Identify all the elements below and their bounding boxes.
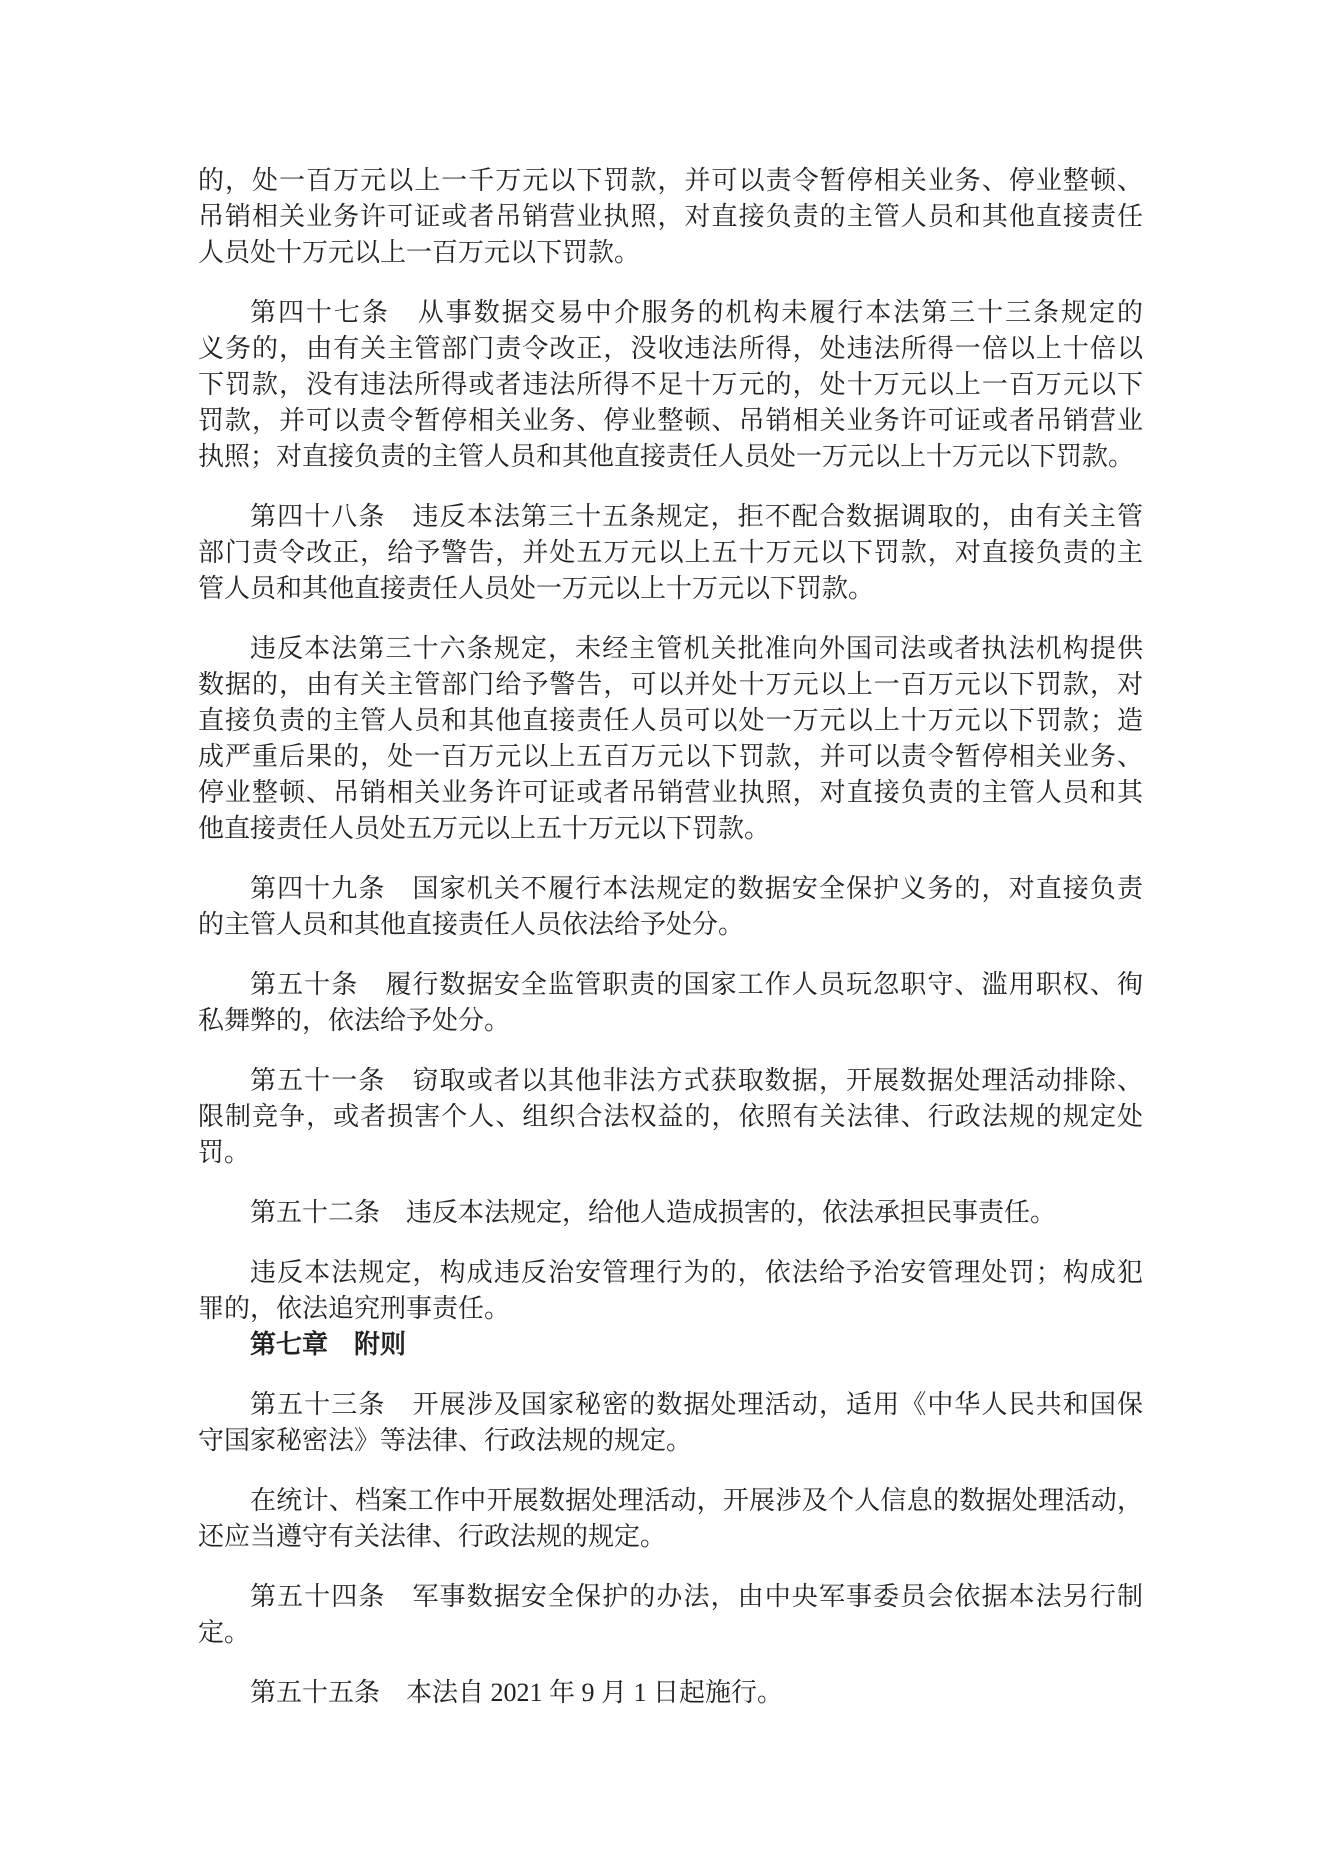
text-line: 违反本法第三十六条规定，未经主管机关批准向外国司法或者执法机构提供 [198, 631, 1143, 667]
text-line: 还应当遵守有关法律、行政法规的规定。 [198, 1519, 1143, 1555]
text-line: 下罚款，没有违法所得或者违法所得不足十万元的，处十万元以上一百万元以下 [198, 367, 1143, 403]
paragraph: 第五十四条 军事数据安全保护的办法，由中央军事委员会依据本法另行制定。 [198, 1579, 1143, 1651]
text-line: 第四十七条 从事数据交易中介服务的机构未履行本法第三十三条规定的 [198, 295, 1143, 331]
text-line: 第五十三条 开展涉及国家秘密的数据处理活动，适用《中华人民共和国保 [198, 1387, 1143, 1423]
text-line: 第七章 附则 [198, 1327, 1143, 1363]
text-line: 第五十二条 违反本法规定，给他人造成损害的，依法承担民事责任。 [198, 1195, 1143, 1231]
text-line: 停业整顿、吊销相关业务许可证或者吊销营业执照，对直接负责的主管人员和其 [198, 775, 1143, 811]
text-line: 数据的，由有关主管部门给予警告，可以并处十万元以上一百万元以下罚款，对 [198, 667, 1143, 703]
text-line: 直接负责的主管人员和其他直接责任人员可以处一万元以上十万元以下罚款；造 [198, 703, 1143, 739]
text-line: 第五十一条 窃取或者以其他非法方式获取数据，开展数据处理活动排除、 [198, 1063, 1143, 1099]
text-line: 第五十条 履行数据安全监管职责的国家工作人员玩忽职守、滥用职权、徇 [198, 967, 1143, 1003]
paragraph: 第五十条 履行数据安全监管职责的国家工作人员玩忽职守、滥用职权、徇私舞弊的，依法… [198, 967, 1143, 1039]
text-line: 第四十九条 国家机关不履行本法规定的数据安全保护义务的，对直接负责 [198, 871, 1143, 907]
text-line: 第五十四条 军事数据安全保护的办法，由中央军事委员会依据本法另行制 [198, 1579, 1143, 1615]
text-line: 部门责令改正，给予警告，并处五万元以上五十万元以下罚款，对直接负责的主 [198, 535, 1143, 571]
document-text-content: 的，处一百万元以上一千万元以下罚款，并可以责令暂停相关业务、停业整顿、吊销相关业… [198, 163, 1143, 1735]
text-line: 守国家秘密法》等法律、行政法规的规定。 [198, 1423, 1143, 1459]
text-line: 的主管人员和其他直接责任人员依法给予处分。 [198, 907, 1143, 943]
paragraph: 第四十八条 违反本法第三十五条规定，拒不配合数据调取的，由有关主管部门责令改正，… [198, 499, 1143, 607]
paragraph: 第五十一条 窃取或者以其他非法方式获取数据，开展数据处理活动排除、限制竞争，或者… [198, 1063, 1143, 1171]
paragraph: 第四十九条 国家机关不履行本法规定的数据安全保护义务的，对直接负责的主管人员和其… [198, 871, 1143, 943]
paragraph: 违反本法规定，构成违反治安管理行为的，依法给予治安管理处罚；构成犯罪的，依法追究… [198, 1255, 1143, 1327]
paragraph: 第五十三条 开展涉及国家秘密的数据处理活动，适用《中华人民共和国保守国家秘密法》… [198, 1387, 1143, 1459]
text-line: 吊销相关业务许可证或者吊销营业执照，对直接负责的主管人员和其他直接责任 [198, 199, 1143, 235]
text-line: 罪的，依法追究刑事责任。 [198, 1291, 1143, 1327]
text-line: 的，处一百万元以上一千万元以下罚款，并可以责令暂停相关业务、停业整顿、 [198, 163, 1143, 199]
paragraph: 在统计、档案工作中开展数据处理活动，开展涉及个人信息的数据处理活动，还应当遵守有… [198, 1483, 1143, 1555]
text-line: 限制竞争，或者损害个人、组织合法权益的，依照有关法律、行政法规的规定处 [198, 1099, 1143, 1135]
text-line: 违反本法规定，构成违反治安管理行为的，依法给予治安管理处罚；构成犯 [198, 1255, 1143, 1291]
text-line: 成严重后果的，处一百万元以上五百万元以下罚款，并可以责令暂停相关业务、 [198, 739, 1143, 775]
text-line: 第四十八条 违反本法第三十五条规定，拒不配合数据调取的，由有关主管 [198, 499, 1143, 535]
text-line: 定。 [198, 1615, 1143, 1651]
text-line: 他直接责任人员处五万元以上五十万元以下罚款。 [198, 811, 1143, 847]
chapter-heading: 第七章 附则 [198, 1327, 1143, 1363]
paragraph: 第五十五条 本法自 2021 年 9 月 1 日起施行。 [198, 1675, 1143, 1711]
text-line: 罚款，并可以责令暂停相关业务、停业整顿、吊销相关业务许可证或者吊销营业 [198, 403, 1143, 439]
text-line: 管人员和其他直接责任人员处一万元以上十万元以下罚款。 [198, 571, 1143, 607]
text-line: 义务的，由有关主管部门责令改正，没收违法所得，处违法所得一倍以上十倍以 [198, 331, 1143, 367]
text-line: 私舞弊的，依法给予处分。 [198, 1003, 1143, 1039]
text-line: 在统计、档案工作中开展数据处理活动，开展涉及个人信息的数据处理活动， [198, 1483, 1143, 1519]
paragraph: 第五十二条 违反本法规定，给他人造成损害的，依法承担民事责任。 [198, 1195, 1143, 1231]
paragraph: 的，处一百万元以上一千万元以下罚款，并可以责令暂停相关业务、停业整顿、吊销相关业… [198, 163, 1143, 271]
text-line: 罚。 [198, 1135, 1143, 1171]
paragraph: 违反本法第三十六条规定，未经主管机关批准向外国司法或者执法机构提供数据的，由有关… [198, 631, 1143, 847]
text-line: 第五十五条 本法自 2021 年 9 月 1 日起施行。 [198, 1675, 1143, 1711]
paragraph: 第四十七条 从事数据交易中介服务的机构未履行本法第三十三条规定的义务的，由有关主… [198, 295, 1143, 475]
text-line: 执照；对直接负责的主管人员和其他直接责任人员处一万元以上十万元以下罚款。 [198, 439, 1143, 475]
document-page: 的，处一百万元以上一千万元以下罚款，并可以责令暂停相关业务、停业整顿、吊销相关业… [0, 0, 1323, 1871]
text-line: 人员处十万元以上一百万元以下罚款。 [198, 235, 1143, 271]
